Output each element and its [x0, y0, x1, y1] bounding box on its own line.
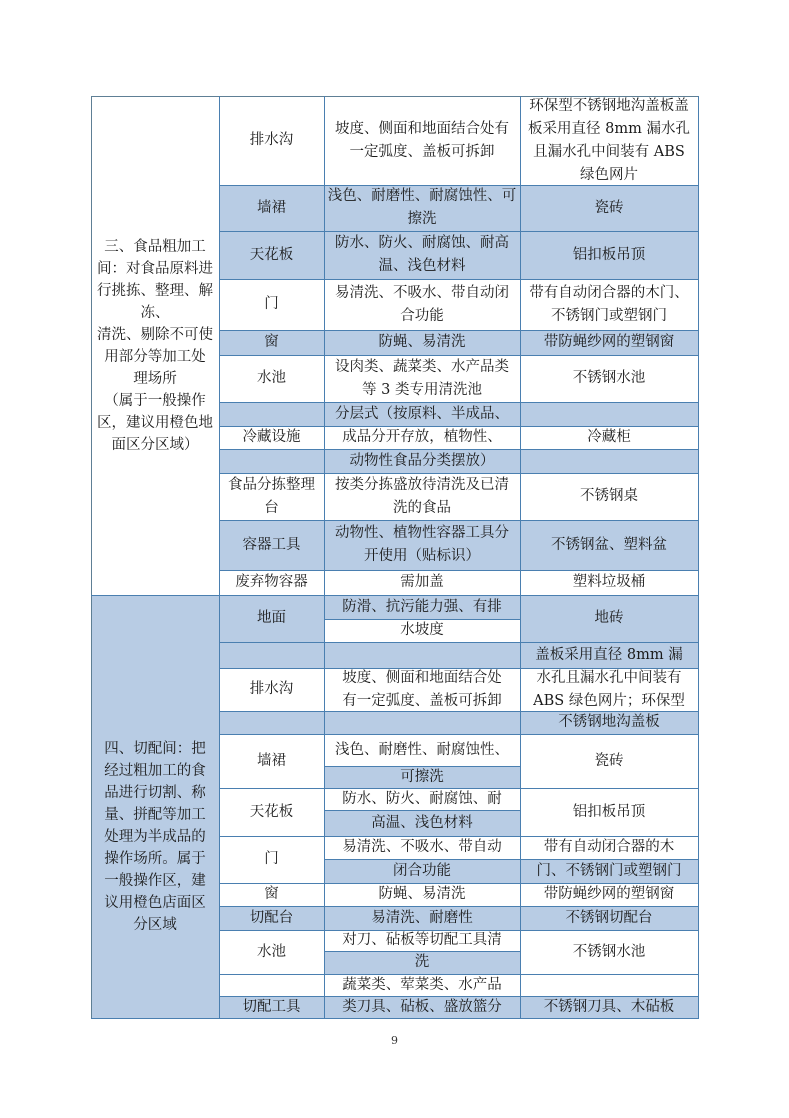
row-divider — [219, 473, 699, 474]
material-cell: 环保型不锈钢地沟盖板盖 板采用直径 8mm 漏水孔 且漏水孔中间装有 ABS 绿… — [520, 96, 698, 185]
row-divider — [219, 668, 699, 669]
requirement-cell: 按类分拣盛放待清洗及已清 洗的食品 — [324, 473, 520, 520]
table-border — [520, 96, 521, 1019]
material-cell: 门、不锈钢门或塑钢门 — [520, 859, 698, 883]
material-cell: 铝扣板吊顶 — [520, 788, 698, 836]
requirement-cell: 浅色、耐磨性、耐腐蚀性、 — [324, 734, 520, 766]
row-divider — [219, 930, 699, 931]
material-cell: 地砖 — [520, 595, 698, 642]
table-border — [91, 96, 699, 97]
row-divider — [219, 974, 699, 975]
item-cell — [219, 974, 324, 996]
requirement-cell: 分层式（按原料、半成品、 — [324, 402, 520, 426]
material-cell: 盖板采用直径 8mm 漏 — [520, 642, 698, 668]
row-divider — [219, 711, 699, 712]
requirement-cell: 闭合功能 — [324, 859, 520, 883]
material-cell: 不锈钢水池 — [520, 355, 698, 402]
item-cell: 切配工具 — [219, 996, 324, 1018]
row-divider — [324, 951, 520, 952]
row-divider — [219, 355, 699, 356]
material-cell: 塑料垃圾桶 — [520, 570, 698, 595]
requirement-cell: 易清洗、不吸水、带自动闭 合功能 — [324, 279, 520, 330]
requirement-cell — [324, 711, 520, 734]
table-border — [324, 96, 325, 1019]
item-cell: 门 — [219, 836, 324, 883]
item-cell: 墙裙 — [219, 185, 324, 231]
row-divider — [324, 810, 520, 811]
item-cell: 地面 — [219, 595, 324, 642]
item-cell: 天花板 — [219, 231, 324, 279]
material-cell — [520, 449, 698, 473]
material-cell: 带有自动闭合器的木 — [520, 836, 698, 859]
item-cell: 水池 — [219, 930, 324, 974]
row-divider — [219, 231, 699, 232]
material-cell: 铝扣板吊顶 — [520, 231, 698, 279]
item-cell — [219, 402, 324, 426]
section-label-rough-processing: 三、食品粗加工 间：对食品原料进 行挑拣、整理、解冻、 清洗、剔除不可使 用部分… — [91, 96, 219, 595]
table-border — [698, 96, 699, 1019]
requirement-cell: 浅色、耐磨性、耐腐蚀性、可 擦洗 — [324, 185, 520, 231]
item-cell: 排水沟 — [219, 668, 324, 711]
table-border — [91, 595, 699, 596]
requirement-cell: 易清洗、不吸水、带自动 — [324, 836, 520, 859]
item-cell: 窗 — [219, 330, 324, 355]
requirement-cell: 高温、浅色材料 — [324, 810, 520, 836]
row-divider — [219, 402, 699, 403]
material-cell: 带有自动闭合器的木门、 不锈钢门或塑钢门 — [520, 279, 698, 330]
section-label-cutting-room: 四、切配间：把 经过粗加工的食 品进行切割、称 量、拼配等加工 处理为半成品的 … — [91, 595, 219, 1018]
row-divider — [219, 883, 699, 884]
table-border — [91, 1018, 699, 1019]
material-cell: 带防蝇纱网的塑钢窗 — [520, 330, 698, 355]
item-cell: 食品分拣整理 台 — [219, 473, 324, 520]
requirement-cell: 类刀具、砧板、盛放篮分 — [324, 996, 520, 1018]
item-cell — [219, 711, 324, 734]
item-cell — [219, 449, 324, 473]
requirement-cell: 成品分开存放，植物性、 — [324, 426, 520, 449]
item-cell: 天花板 — [219, 788, 324, 836]
material-cell — [520, 974, 698, 996]
item-cell: 门 — [219, 279, 324, 330]
requirement-cell: 防滑、抗污能力强、有排 — [324, 595, 520, 619]
table-border — [91, 96, 92, 1019]
row-divider — [219, 642, 699, 643]
requirement-cell: 防水、防火、耐腐蚀、耐 — [324, 788, 520, 810]
item-cell: 窗 — [219, 883, 324, 906]
row-divider — [219, 520, 699, 521]
requirement-cell: 可擦洗 — [324, 766, 520, 788]
row-divider — [219, 330, 699, 331]
row-divider — [219, 279, 699, 280]
row-divider — [219, 449, 699, 450]
requirement-cell: 防水、防火、耐腐蚀、耐高 温、浅色材料 — [324, 231, 520, 279]
item-cell: 水池 — [219, 355, 324, 402]
material-cell: 瓷砖 — [520, 734, 698, 788]
row-divider — [219, 570, 699, 571]
item-cell: 冷藏设施 — [219, 426, 324, 449]
item-cell: 废弃物容器 — [219, 570, 324, 595]
spec-table: 三、食品粗加工 间：对食品原料进 行挑拣、整理、解冻、 清洗、剔除不可使 用部分… — [0, 0, 789, 1118]
requirement-cell: 动物性食品分类摆放） — [324, 449, 520, 473]
requirement-cell: 需加盖 — [324, 570, 520, 595]
item-cell: 切配台 — [219, 906, 324, 930]
row-divider — [219, 836, 699, 837]
requirement-cell: 洗 — [324, 951, 520, 974]
requirement-cell: 对刀、砧板等切配工具清 — [324, 930, 520, 951]
row-divider — [219, 996, 699, 997]
material-cell: 冷藏柜 — [520, 426, 698, 449]
material-cell — [520, 402, 698, 426]
requirement-cell: 防蝇、易清洗 — [324, 883, 520, 906]
page-number: 9 — [0, 1034, 789, 1047]
item-cell — [219, 642, 324, 668]
row-divider — [219, 734, 699, 735]
item-cell: 排水沟 — [219, 96, 324, 185]
row-divider — [219, 426, 699, 427]
requirement-cell: 动物性、植物性容器工具分 开使用（贴标识） — [324, 520, 520, 570]
row-divider — [219, 185, 699, 186]
requirement-cell: 蔬菜类、荤菜类、水产品 — [324, 974, 520, 996]
row-divider — [219, 906, 699, 907]
material-cell: 不锈钢切配台 — [520, 906, 698, 930]
row-divider — [324, 766, 520, 767]
requirement-cell: 水坡度 — [324, 619, 520, 642]
material-cell: 不锈钢桌 — [520, 473, 698, 520]
material-cell: 不锈钢刀具、木砧板 — [520, 996, 698, 1018]
material-cell: 不锈钢盆、塑料盆 — [520, 520, 698, 570]
material-cell: 水孔且漏水孔中间装有 ABS 绿色网片；环保型 — [520, 668, 698, 711]
requirement-cell: 易清洗、耐磨性 — [324, 906, 520, 930]
row-divider — [324, 619, 520, 620]
material-cell: 带防蝇纱网的塑钢窗 — [520, 883, 698, 906]
item-cell: 墙裙 — [219, 734, 324, 788]
table-border — [219, 96, 220, 1019]
requirement-cell — [324, 642, 520, 668]
material-cell: 不锈钢水池 — [520, 930, 698, 974]
requirement-cell: 坡度、侧面和地面结合处 有一定弧度、盖板可拆卸 — [324, 668, 520, 711]
requirement-cell: 设肉类、蔬菜类、水产品类 等 3 类专用清洗池 — [324, 355, 520, 402]
item-cell: 容器工具 — [219, 520, 324, 570]
row-divider — [324, 859, 699, 860]
requirement-cell: 坡度、侧面和地面结合处有 一定弧度、盖板可拆卸 — [324, 96, 520, 185]
row-divider — [219, 788, 699, 789]
material-cell: 瓷砖 — [520, 185, 698, 231]
material-cell: 不锈钢地沟盖板 — [520, 711, 698, 734]
requirement-cell: 防蝇、易清洗 — [324, 330, 520, 355]
